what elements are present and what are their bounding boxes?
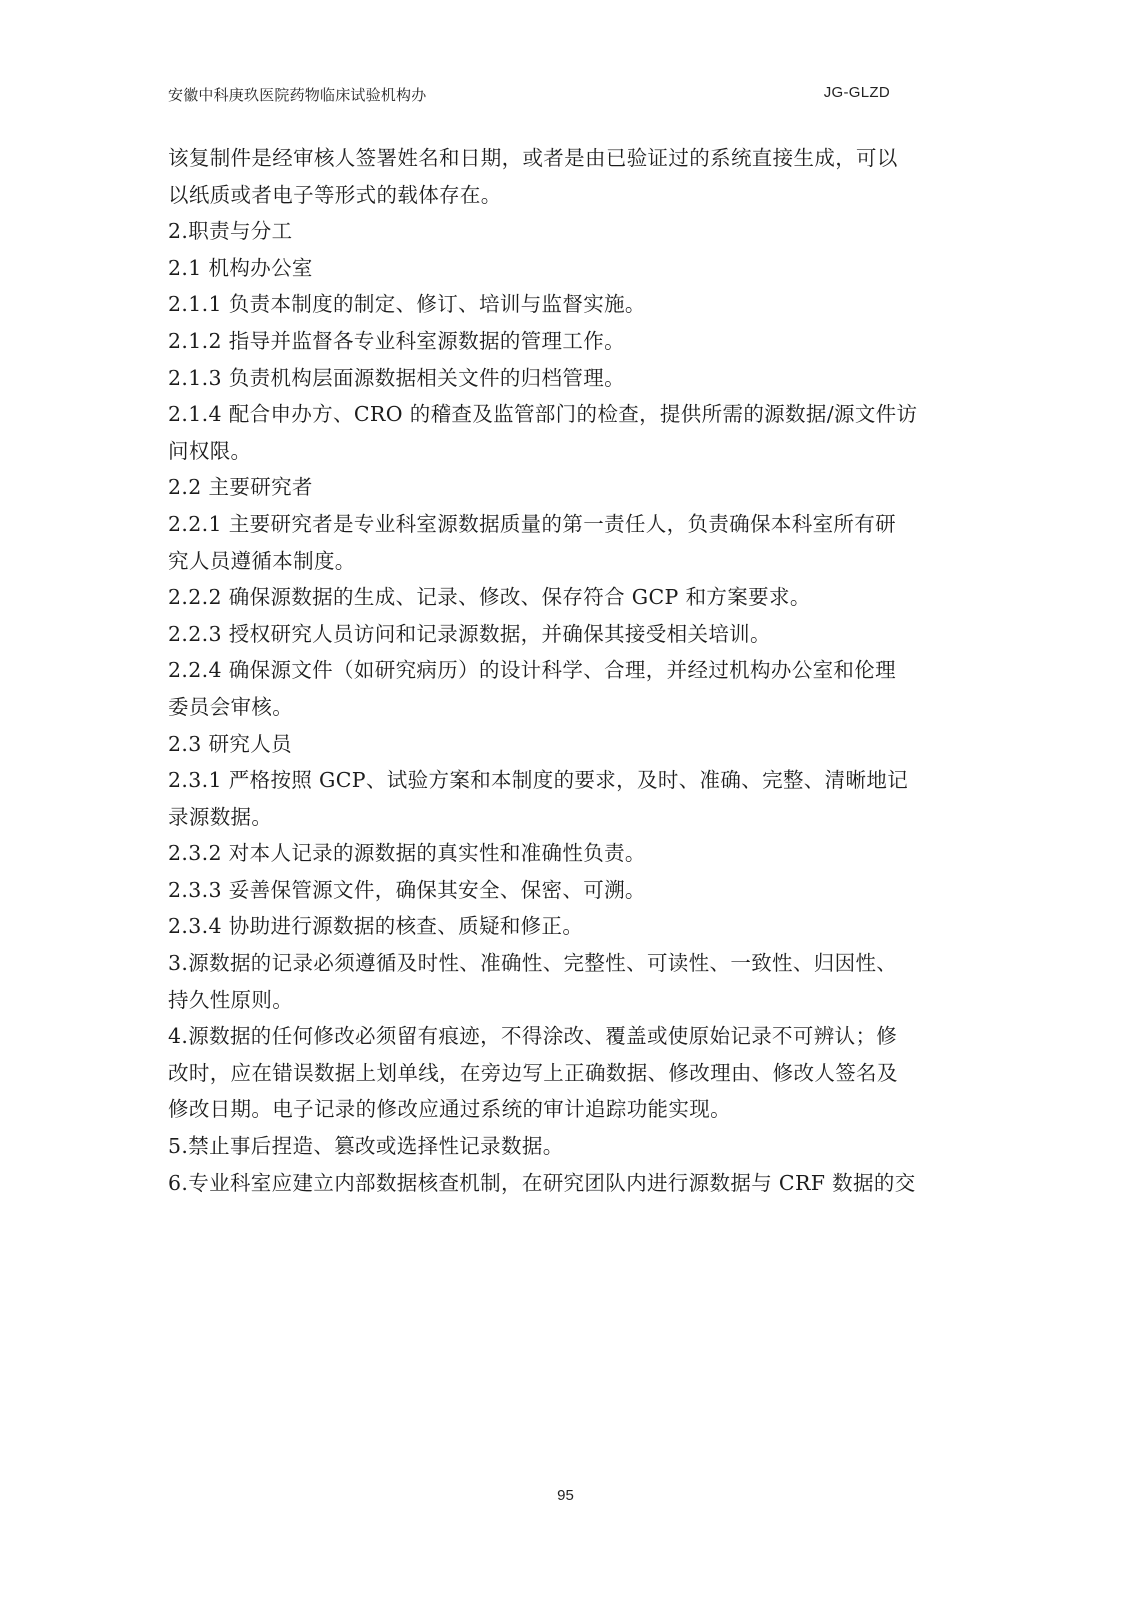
text-line: 2.2.3 授权研究人员访问和记录源数据，并确保其接受相关培训。 xyxy=(168,616,948,653)
page-number: 95 xyxy=(557,1487,574,1504)
page-header: 安徽中科庚玖医院药物临床试验机构办 JG-GLZD xyxy=(168,84,890,108)
text-line: 2.2.2 确保源数据的生成、记录、修改、保存符合 GCP 和方案要求。 xyxy=(168,579,948,616)
document-body: 该复制件是经审核人签署姓名和日期，或者是由已验证过的系统直接生成，可以 以纸质或… xyxy=(168,140,948,1201)
subsection-heading: 2.3 研究人员 xyxy=(168,726,948,763)
subsection-heading: 2.1 机构办公室 xyxy=(168,250,948,287)
subsection-heading: 2.2 主要研究者 xyxy=(168,469,948,506)
text-line: 2.1.4 配合申办方、CRO 的稽查及监管部门的检查，提供所需的源数据/源文件… xyxy=(168,396,948,433)
text-line: 4.源数据的任何修改必须留有痕迹，不得涂改、覆盖或使原始记录不可辨认；修 xyxy=(168,1018,948,1055)
text-line: 2.3.3 妥善保管源文件，确保其安全、保密、可溯。 xyxy=(168,872,948,909)
text-line: 2.1.1 负责本制度的制定、修订、培训与监督实施。 xyxy=(168,286,948,323)
text-line: 问权限。 xyxy=(168,433,948,470)
page-footer: 95 xyxy=(0,1487,1131,1504)
text-line: 录源数据。 xyxy=(168,799,948,836)
section-heading: 2.职责与分工 xyxy=(168,213,948,250)
text-line: 2.1.3 负责机构层面源数据相关文件的归档管理。 xyxy=(168,360,948,397)
text-line: 该复制件是经审核人签署姓名和日期，或者是由已验证过的系统直接生成，可以 xyxy=(168,140,948,177)
header-doc-code: JG-GLZD xyxy=(824,84,890,101)
text-line: 修改日期。电子记录的修改应通过系统的审计追踪功能实现。 xyxy=(168,1091,948,1128)
header-organization: 安徽中科庚玖医院药物临床试验机构办 xyxy=(168,84,426,105)
document-page: 安徽中科庚玖医院药物临床试验机构办 JG-GLZD 该复制件是经审核人签署姓名和… xyxy=(0,0,1131,1600)
text-line: 2.3.1 严格按照 GCP、试验方案和本制度的要求，及时、准确、完整、清晰地记 xyxy=(168,762,948,799)
text-line: 3.源数据的记录必须遵循及时性、准确性、完整性、可读性、一致性、归因性、 xyxy=(168,945,948,982)
text-line: 2.2.4 确保源文件（如研究病历）的设计科学、合理，并经过机构办公室和伦理 xyxy=(168,652,948,689)
text-line: 改时，应在错误数据上划单线，在旁边写上正确数据、修改理由、修改人签名及 xyxy=(168,1055,948,1092)
text-line: 2.2.1 主要研究者是专业科室源数据质量的第一责任人，负责确保本科室所有研 xyxy=(168,506,948,543)
text-line: 5.禁止事后捏造、篡改或选择性记录数据。 xyxy=(168,1128,948,1165)
text-line: 究人员遵循本制度。 xyxy=(168,543,948,580)
text-line: 6.专业科室应建立内部数据核查机制，在研究团队内进行源数据与 CRF 数据的交 xyxy=(168,1165,948,1202)
text-line: 委员会审核。 xyxy=(168,689,948,726)
text-line: 以纸质或者电子等形式的载体存在。 xyxy=(168,177,948,214)
text-line: 2.1.2 指导并监督各专业科室源数据的管理工作。 xyxy=(168,323,948,360)
text-line: 持久性原则。 xyxy=(168,982,948,1019)
text-line: 2.3.2 对本人记录的源数据的真实性和准确性负责。 xyxy=(168,835,948,872)
text-line: 2.3.4 协助进行源数据的核查、质疑和修正。 xyxy=(168,908,948,945)
